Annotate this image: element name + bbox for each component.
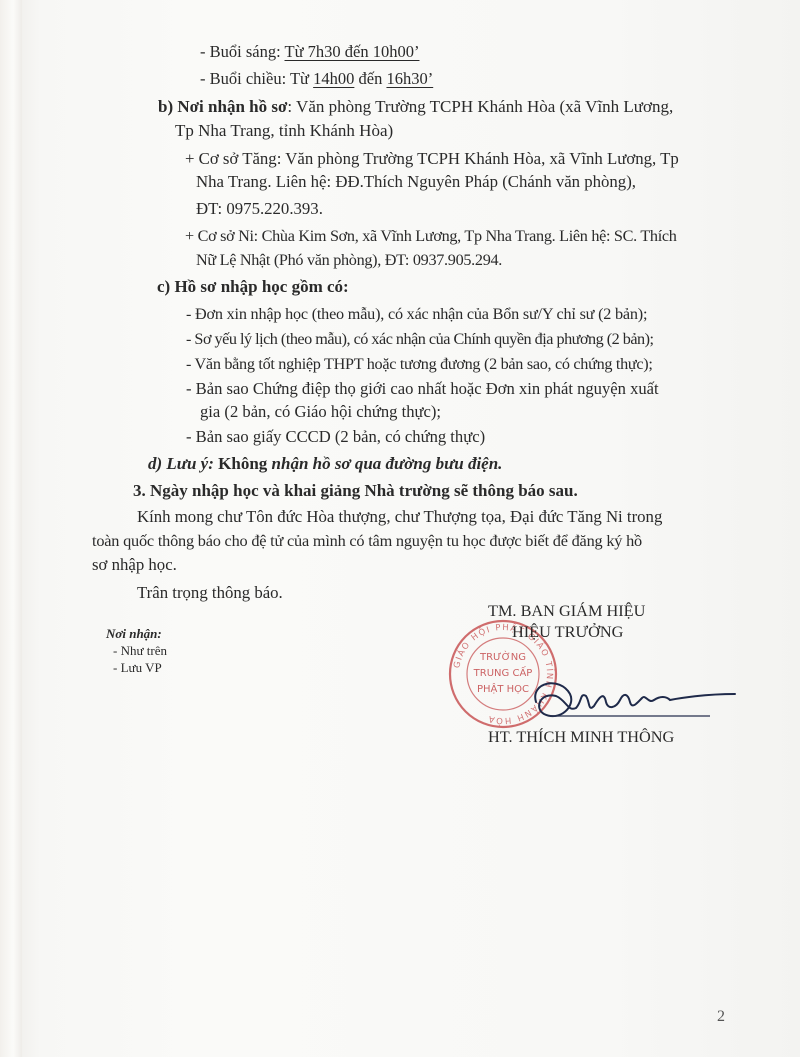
section-b-text: : Văn phòng Trường TCPH Khánh Hòa (xã Vĩ…: [287, 97, 673, 116]
closing-paragraph-line3: sơ nhập học.: [92, 555, 177, 575]
ni-address-line2: Nữ Lệ Nhật (Phó văn phòng), ĐT: 0937.905…: [196, 250, 502, 270]
svg-text:TRƯỜNG: TRƯỜNG: [479, 650, 526, 663]
svg-text:TRUNG CẤP: TRUNG CẤP: [473, 665, 533, 679]
requirement-item: - Sơ yếu lý lịch (theo mẫu), có xác nhận…: [186, 329, 654, 349]
requirement-item: - Đơn xin nhập học (theo mẫu), có xác nh…: [186, 304, 647, 324]
requirement-item: - Văn bằng tốt nghiệp THPT hoặc tương đư…: [186, 354, 653, 374]
ni-address-line1: + Cơ sở Ni: Chùa Kim Sơn, xã Vĩnh Lương,…: [185, 226, 677, 246]
afternoon-start: 14h00: [313, 69, 354, 88]
signatory-name: HT. THÍCH MINH THÔNG: [488, 727, 674, 747]
recipients-title: Nơi nhận:: [106, 626, 162, 642]
requirement-item: - Bản sao Chứng điệp thọ giới cao nhất h…: [186, 379, 659, 399]
section-b-label: b) Nơi nhận hồ sơ: [158, 97, 287, 116]
recipient-item: - Như trên: [113, 643, 167, 659]
schedule-morning: - Buổi sáng: Từ 7h30 đến 10h00’: [200, 42, 419, 62]
afternoon-label: - Buổi chiều: Từ: [200, 69, 313, 88]
afternoon-end: 16h30’: [386, 69, 433, 88]
section-d-note: d) Lưu ý: Không nhận hồ sơ qua đường bưu…: [148, 454, 502, 474]
tang-phone: ĐT: 0975.220.393.: [196, 199, 323, 219]
tang-address-line1: + Cơ sở Tăng: Văn phòng Trường TCPH Khán…: [185, 149, 679, 169]
section-d-rest: nhận hồ sơ qua đường bưu điện.: [272, 454, 503, 473]
closing-paragraph-line1: Kính mong chư Tôn đức Hòa thượng, chư Th…: [137, 507, 662, 527]
paper-edge: [0, 0, 22, 1057]
svg-text:PHẬT HỌC: PHẬT HỌC: [477, 682, 529, 695]
tang-address-line2: Nha Trang. Liên hệ: ĐĐ.Thích Nguyên Pháp…: [196, 172, 636, 192]
morning-time: Từ 7h30 đến 10h00’: [285, 42, 420, 61]
closing-paragraph-line2: toàn quốc thông báo cho đệ tử của mình c…: [92, 531, 642, 551]
section-c-heading: c) Hồ sơ nhập học gồm có:: [157, 277, 349, 297]
signature-role: HIỆU TRƯỞNG: [512, 622, 623, 642]
signature-org: TM. BAN GIÁM HIỆU: [488, 601, 645, 621]
document-page: - Buổi sáng: Từ 7h30 đến 10h00’ - Buổi c…: [0, 0, 800, 1057]
closing-regards: Trân trọng thông báo.: [137, 583, 283, 603]
section-b-heading: b) Nơi nhận hồ sơ: Văn phòng Trường TCPH…: [158, 97, 673, 117]
recipient-item: - Lưu VP: [113, 660, 162, 676]
section-d-label: d) Lưu ý:: [148, 454, 214, 473]
section-d-word: Không: [214, 454, 272, 473]
page-number: 2: [717, 1008, 725, 1026]
morning-label: - Buổi sáng:: [200, 42, 285, 61]
handwritten-signature-icon: [530, 672, 750, 732]
section-3-heading: 3. Ngày nhập học và khai giảng Nhà trườn…: [133, 481, 578, 501]
requirement-item: - Bản sao giấy CCCD (2 bản, có chứng thự…: [186, 427, 485, 447]
afternoon-mid: đến: [354, 69, 386, 88]
requirement-item-continuation: gia (2 bản, có Giáo hội chứng thực);: [200, 402, 441, 422]
section-b-text-2: Tp Nha Trang, tỉnh Khánh Hòa): [175, 121, 393, 141]
schedule-afternoon: - Buổi chiều: Từ 14h00 đến 16h30’: [200, 69, 433, 89]
